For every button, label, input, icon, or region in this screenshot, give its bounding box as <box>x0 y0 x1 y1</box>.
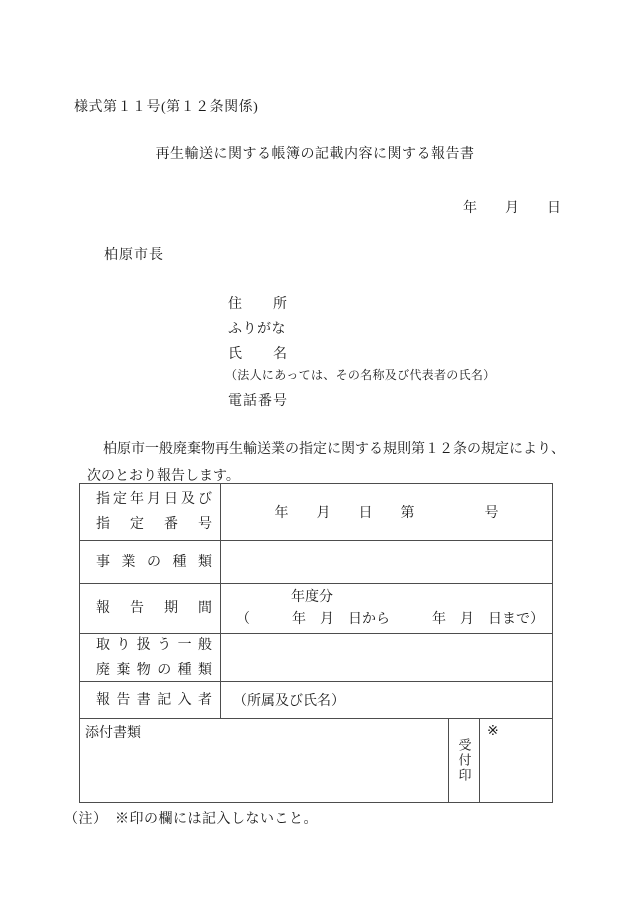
report-writer-value-cell: （所属及び氏名） <box>221 682 552 718</box>
report-form-page: 様式第１１号(第１２条関係) 再生輸送に関する帳簿の記載内容に関する報告書 年 … <box>0 0 630 903</box>
receipt-stamp-cell: 受付印 <box>448 719 479 802</box>
table-row-report-period: 報告期間 年度分 （ 年 月 日から 年 月 日まで） <box>80 583 552 633</box>
designation-label-line1: 指定年月日及び <box>96 487 212 512</box>
designation-value-cell: 年 月 日 第 号 <box>221 484 552 540</box>
body-paragraph-line1: 柏原市一般廃棄物再生輸送業の指定に関する規則第１２条の規定により、 <box>87 436 569 463</box>
body-paragraph: 柏原市一般廃棄物再生輸送業の指定に関する規則第１２条の規定により、 次のとおり報… <box>87 436 569 490</box>
addressee-mayor: 柏原市長 <box>104 244 164 264</box>
table-row-business-type: 事業の種類 <box>80 540 552 583</box>
waste-type-label-cell: 取り扱う一般 廃棄物の種類 <box>80 634 221 681</box>
table-row-waste-type: 取り扱う一般 廃棄物の種類 <box>80 633 552 681</box>
reserved-mark: ※ <box>487 723 552 740</box>
phone-number-label: 電話番号 <box>228 390 288 410</box>
report-period-label: 報告期間 <box>96 596 212 621</box>
attachments-cell: 添付書類 <box>80 719 448 802</box>
office-use-cell: ※ <box>479 719 552 802</box>
business-type-value-cell <box>221 541 552 583</box>
attachments-label: 添付書類 <box>85 722 442 742</box>
report-period-range: （ 年 月 日から 年 月 日まで） <box>233 609 552 631</box>
report-period-label-cell: 報告期間 <box>80 584 221 633</box>
report-period-fiscal-year: 年度分 <box>233 587 552 609</box>
table-row-attachments: 添付書類 受付印 ※ <box>80 718 552 802</box>
report-writer-label: 報告書記入者 <box>96 688 212 713</box>
report-writer-label-cell: 報告書記入者 <box>80 682 221 718</box>
business-type-label-cell: 事業の種類 <box>80 541 221 583</box>
form-number: 様式第１１号(第１２条関係) <box>74 96 258 116</box>
name-label: 氏 名 <box>228 343 288 363</box>
report-writer-value: （所属及び氏名） <box>233 690 552 710</box>
waste-type-label-line2: 廃棄物の種類 <box>96 658 212 683</box>
designation-label-line2: 指定番号 <box>96 512 212 537</box>
page-title: 再生輸送に関する帳簿の記載内容に関する報告書 <box>0 143 630 163</box>
furigana-label: ふりがな <box>228 318 286 338</box>
footnote: （注） ※印の欄には記入しないこと。 <box>64 808 318 828</box>
table-row-designation: 指定年月日及び 指定番号 年 月 日 第 号 <box>80 484 552 540</box>
report-table: 指定年月日及び 指定番号 年 月 日 第 号 事業の種類 報告期間 年度分 （ … <box>79 483 553 803</box>
business-type-label: 事業の種類 <box>96 550 212 575</box>
date-fill-in-line: 年 月 日 <box>463 197 561 217</box>
designation-label-cell: 指定年月日及び 指定番号 <box>80 484 221 540</box>
designation-value: 年 月 日 第 号 <box>221 502 552 522</box>
receipt-stamp-label: 受付印 <box>455 738 474 783</box>
address-label: 住 所 <box>228 293 288 313</box>
waste-type-value-cell <box>221 634 552 681</box>
report-period-value-cell: 年度分 （ 年 月 日から 年 月 日まで） <box>221 584 552 633</box>
waste-type-label-line1: 取り扱う一般 <box>96 633 212 658</box>
corporate-name-note: （法人にあっては、その名称及び代表者の氏名） <box>225 366 495 383</box>
table-row-report-writer: 報告書記入者 （所属及び氏名） <box>80 681 552 718</box>
